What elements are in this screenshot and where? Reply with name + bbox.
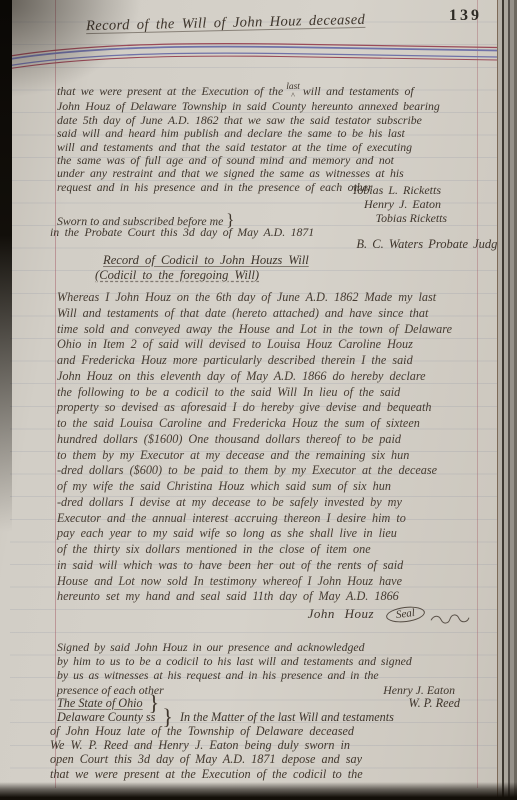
- photo-bottom-edge: [0, 782, 517, 800]
- witness-signature: Tobias Ricketts: [376, 211, 447, 226]
- codicil-heading-line2: (Codicil to the foregoing Will): [95, 268, 309, 283]
- handwritten-line: the following to be a codicil to the sai…: [57, 385, 491, 401]
- matter-intro: In the Matter of the last Will and testa…: [180, 710, 394, 725]
- flourish-path: [431, 614, 469, 624]
- handwritten-line: and Fredericka Houz more particularly de…: [57, 353, 491, 369]
- handwritten-line: Executor and the annual interest accruin…: [57, 511, 491, 527]
- handwritten-line: House and Lot now sold In testimony wher…: [57, 574, 491, 590]
- handwritten-line: that we were present at the Execution of…: [50, 767, 488, 781]
- handwritten-line: We W. P. Reed and Henry J. Eaton being d…: [50, 738, 488, 752]
- handwritten-line: under any restraint and that we signed t…: [57, 167, 489, 180]
- witness-signature: Henry J. Eaton: [352, 198, 441, 212]
- handwritten-line: in said will which was to have been her …: [57, 558, 491, 574]
- page-stack-edge: [497, 0, 517, 800]
- inserted-word: last: [286, 81, 300, 94]
- witness-signature: Tobias L. Ricketts: [352, 184, 441, 198]
- handwritten-line: pay each year to my said wife so long as…: [57, 526, 491, 542]
- judge-signature: B. C. Waters Probate Judge: [356, 237, 503, 252]
- handwritten-line: to the said Louisa Caroline and Frederic…: [57, 416, 491, 432]
- handwritten-line: John Houz on this eleventh day of May A.…: [57, 369, 491, 385]
- testator-signature: John Houz: [308, 606, 374, 622]
- attestation2-lines: Signed by said John Houz in our presence…: [57, 641, 455, 682]
- handwritten-line: open Court this 3d day of May A.D. 1871 …: [50, 752, 488, 766]
- handwritten-line: of the thirty six dollars mentioned in t…: [57, 542, 491, 558]
- line-text: will and testaments of: [303, 84, 414, 98]
- witness-signatures: Tobias L. Ricketts Henry J. Eaton: [352, 184, 441, 211]
- handwritten-line: the same was of full age and of sound mi…: [57, 154, 489, 167]
- handwritten-line: -dred dollars I devise at my decease to …: [57, 495, 491, 511]
- probate-court-line: in the Probate Court this 3d day of May …: [50, 225, 314, 240]
- codicil-heading-line1: Record of Codicil to John Houzs Will: [103, 253, 309, 268]
- handwritten-line: hereunto set my hand and seal said 11th …: [57, 589, 491, 605]
- handwritten-line: Whereas I John Houz on the 6th day of Ju…: [57, 290, 491, 306]
- handwritten-line: hundred dollars ($1600) One thousand dol…: [57, 432, 491, 448]
- handwritten-line: by us as witnesses at his request and in…: [57, 669, 455, 683]
- codicil-heading: Record of Codicil to John Houzs Will (Co…: [103, 253, 309, 282]
- codicil-lines: Whereas I John Houz on the 6th day of Ju…: [57, 290, 491, 605]
- handwritten-line: Signed by said John Houz in our presence…: [57, 641, 455, 655]
- handwritten-line: by him to us to be a codicil to his last…: [57, 655, 455, 669]
- book-binding-shadow: [0, 0, 12, 560]
- seal-badge: Seal: [385, 604, 425, 624]
- state-text: The State of Ohio: [57, 696, 143, 711]
- testator-signature-row: John Houz Seal: [308, 606, 471, 622]
- codicil-body: Whereas I John Houz on the 6th day of Ju…: [57, 290, 491, 605]
- handwritten-line: time sold and conveyed away the House an…: [57, 322, 491, 338]
- handwritten-line: to them by my Executor at my decease and…: [57, 448, 491, 464]
- handwritten-line: of John Houz late of the Township of Del…: [50, 724, 488, 738]
- handwritten-line: property so devised as aforesaid I do he…: [57, 400, 491, 416]
- county-text: Delaware County ss: [57, 710, 155, 725]
- handwritten-line: Ohio in Item 2 of said will devised to L…: [57, 337, 491, 353]
- venue-paragraph: of John Houz late of the Township of Del…: [50, 724, 488, 781]
- page-number: 139: [449, 7, 482, 25]
- venue-lines: of John Houz late of the Township of Del…: [50, 724, 488, 781]
- witness-signature: W. P. Reed: [409, 696, 460, 711]
- handwritten-line: -dred dollars ($600) to be paid to them …: [57, 463, 491, 479]
- attestation-paragraph-2: Signed by said John Houz in our presence…: [57, 641, 455, 682]
- scanned-ledger-page: 139 Record of the Will of John Houz dece…: [0, 0, 517, 800]
- handwritten-line: of my wife the said Christina Houz which…: [57, 479, 491, 495]
- handwritten-line: Will and testaments of that date (hereto…: [57, 306, 491, 322]
- gutter-corner-shadow: [0, 0, 190, 150]
